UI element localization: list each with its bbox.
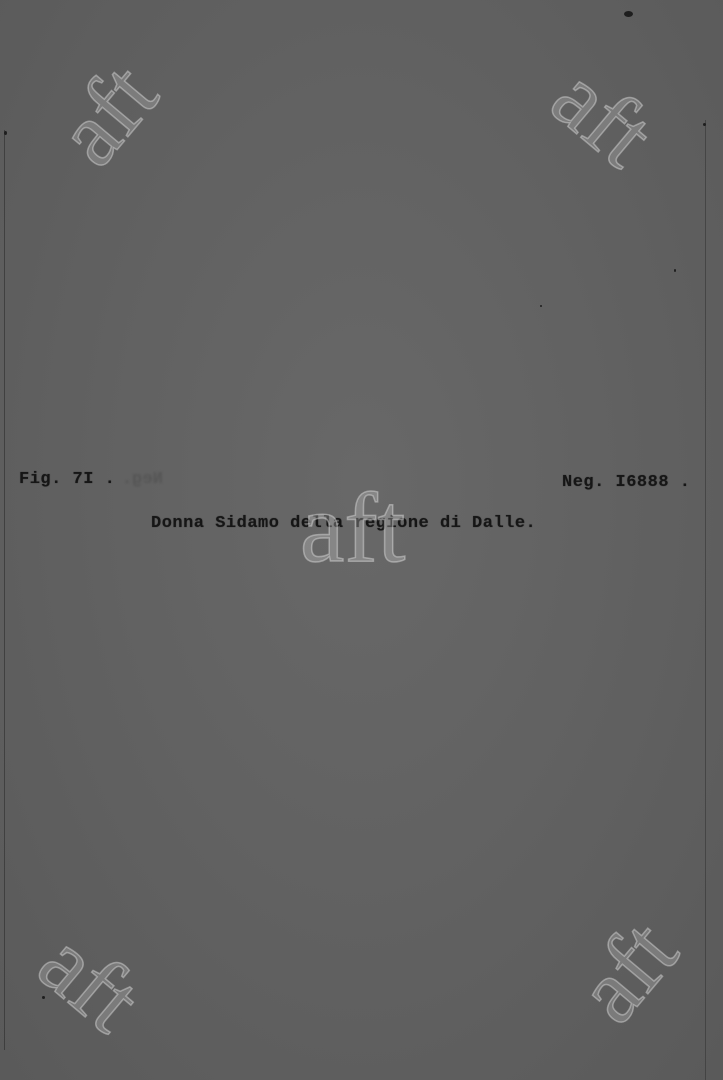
photo-caption: Donna Sidamo della regione di Dalle. <box>151 514 536 533</box>
watermark-bottom-right: aft <box>560 904 693 1037</box>
left-card-edge <box>4 130 5 1050</box>
dust-speck <box>674 269 676 272</box>
negative-number: Neg. I6888 . <box>562 473 690 492</box>
right-card-edge <box>705 120 706 1080</box>
watermark-bottom-left: aft <box>24 915 157 1048</box>
watermark-top-left: aft <box>40 47 173 180</box>
dust-speck <box>42 996 45 999</box>
dust-speck <box>624 11 633 17</box>
dust-speck <box>4 131 7 135</box>
watermark-top-right: aft <box>537 50 670 183</box>
figure-number: Fig. 7I . <box>19 470 115 489</box>
dust-speck <box>540 305 542 307</box>
scanned-card: aft aft aft aft Neg. Fig. 7I . Neg. I688… <box>0 0 723 1080</box>
dust-speck <box>703 123 706 126</box>
bleed-through-text: Neg. <box>122 470 163 489</box>
